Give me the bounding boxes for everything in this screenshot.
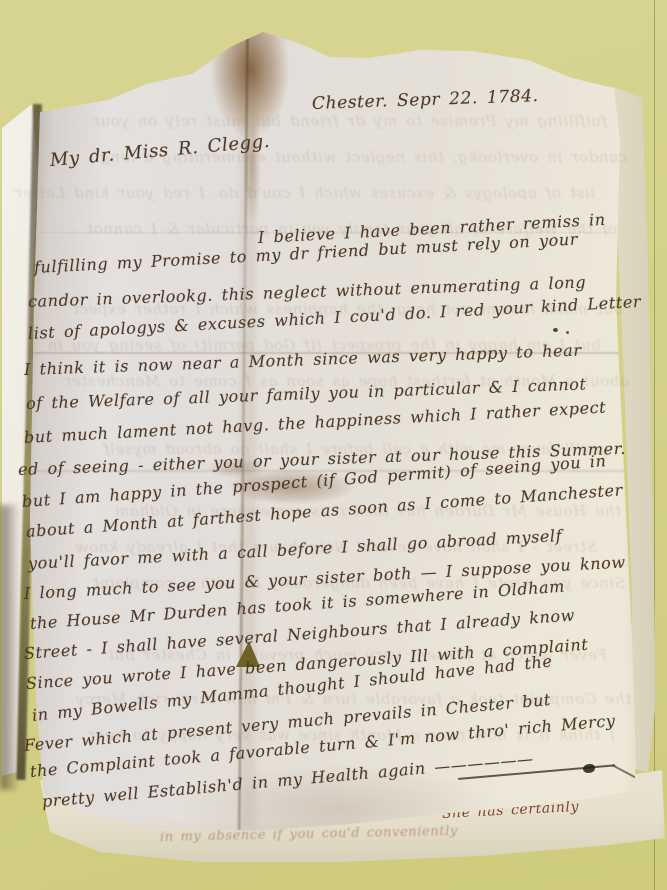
handwriting-layer: Chester. Sepr 22. 1784. My dr. Miss R. C… xyxy=(0,0,667,890)
letter-dateline: Chester. Sepr 22. 1784. xyxy=(312,86,539,114)
letter-salutation: My dr. Miss R. Clegg. xyxy=(49,131,271,171)
letter-line: I think it is now near a Month since was… xyxy=(24,341,582,379)
letter-photograph: She has certainly in my absence if you c… xyxy=(0,0,667,890)
